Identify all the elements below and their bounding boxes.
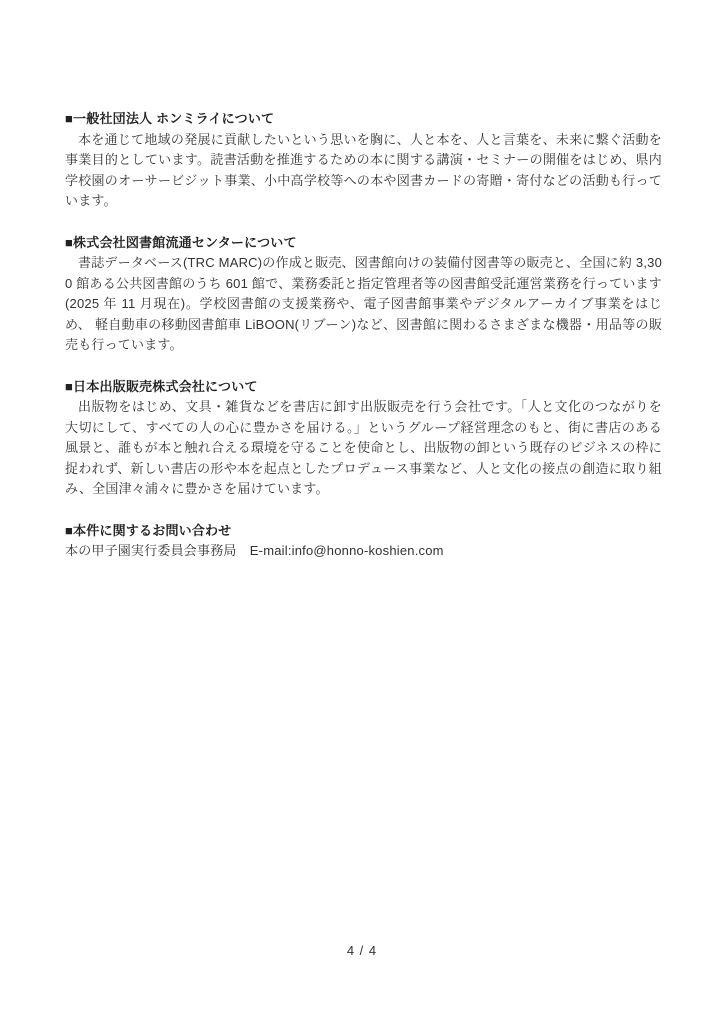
section-heading-trc: ■株式会社図書館流通センターについて (65, 233, 662, 254)
section-honmirai-about: ■一般社団法人 ホンミライについて 本を通じて地域の発展に貢献したいという思いを… (65, 109, 662, 212)
page-footer: 4 / 4 (0, 941, 724, 961)
section-body-trc: 書誌データベース(TRC MARC)の作成と販売、図書館向けの装備付図書等の販売… (65, 253, 662, 356)
section-heading-honmirai: ■一般社団法人 ホンミライについて (65, 109, 662, 130)
section-body-honmirai: 本を通じて地域の発展に貢献したいという思いを胸に、人と本を、人と言葉を、未来に繋… (65, 130, 662, 212)
section-heading-contact: ■本件に関するお問い合わせ (65, 521, 662, 542)
document-page: ■一般社団法人 ホンミライについて 本を通じて地域の発展に貢献したいという思いを… (0, 0, 724, 1024)
section-trc-about: ■株式会社図書館流通センターについて 書誌データベース(TRC MARC)の作成… (65, 233, 662, 356)
document-content: ■一般社団法人 ホンミライについて 本を通じて地域の発展に貢献したいという思いを… (65, 109, 662, 583)
section-contact: ■本件に関するお問い合わせ 本の甲子園実行委員会事務局 E-mail:info@… (65, 521, 662, 562)
section-body-nippan: 出版物をはじめ、文具・雑貨などを書店に卸す出版販売を行う会社です。「人と文化のつ… (65, 397, 662, 500)
page-number: 4 / 4 (347, 943, 377, 958)
section-nippan-about: ■日本出版販売株式会社について 出版物をはじめ、文具・雑貨などを書店に卸す出版販… (65, 377, 662, 500)
contact-line: 本の甲子園実行委員会事務局 E-mail:info@honno-koshien.… (65, 541, 662, 562)
section-heading-nippan: ■日本出版販売株式会社について (65, 377, 662, 398)
